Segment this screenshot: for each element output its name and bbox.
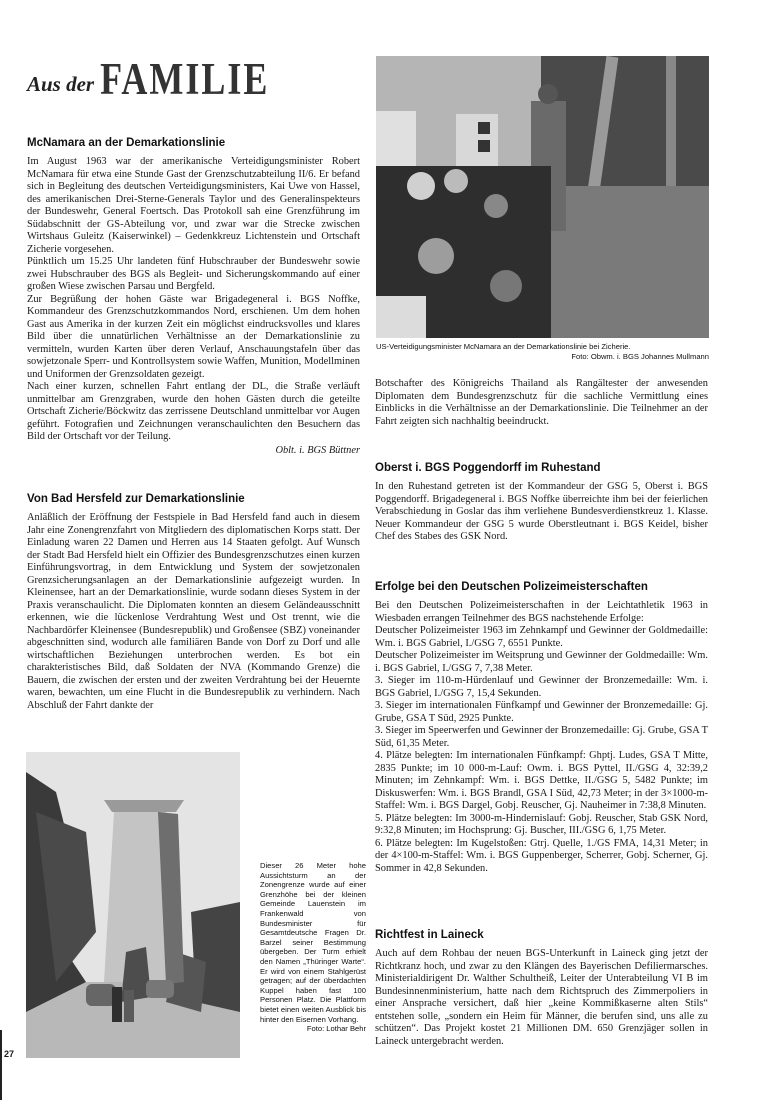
article-hersfeld-continuation: Botschafter des Königreichs Thailand als… xyxy=(375,378,708,428)
article-mcnamara: McNamara an der Demarkationslinie Im Aug… xyxy=(27,137,360,456)
article-paragraph: Zur Begrüßung der hohen Gäste war Brigad… xyxy=(27,294,360,382)
article-heading: Von Bad Hersfeld zur Demarkationslinie xyxy=(27,493,360,505)
article-paragraph: Anläßlich der Eröffnung der Festspiele i… xyxy=(27,512,360,712)
author-signature: Oblt. i. BGS Büttner xyxy=(27,445,360,456)
article-paragraph: Auch auf dem Rohbau der neuen BGS-Unterk… xyxy=(375,948,708,1048)
article-heading: McNamara an der Demarkationslinie xyxy=(27,137,360,149)
article-laineck: Richtfest in Laineck Auch auf dem Rohbau… xyxy=(375,929,708,1048)
photo-credit: Foto: Lothar Behr xyxy=(260,1024,366,1034)
article-paragraph: Im August 1963 war der amerikanische Ver… xyxy=(27,156,360,256)
article-paragraph: Bei den Deutschen Polizeimeisterschaften… xyxy=(375,600,708,625)
masthead: Aus der FAMILIE xyxy=(27,58,269,100)
page-edge-bar xyxy=(0,1030,2,1100)
masthead-prefix: Aus der xyxy=(27,72,94,97)
caption-text: Dieser 26 Meter hohe Aussichtsturm an de… xyxy=(260,861,366,1024)
tower-photo-image xyxy=(26,752,240,1058)
mcnamara-photo-caption: US-Verteidigungsminister McNamara an der… xyxy=(376,342,709,361)
masthead-title: FAMILIE xyxy=(100,53,269,106)
article-paragraph: 5. Plätze belegten: Im 3000-m-Hindernisl… xyxy=(375,813,708,838)
article-paragraph: 6. Plätze belegten: Im Kugelstoßen: Gtrj… xyxy=(375,838,708,876)
mcnamara-photo xyxy=(376,56,709,338)
article-paragraph: Nach einer kurzen, schnellen Fahrt entla… xyxy=(27,381,360,444)
article-paragraph: Botschafter des Königreichs Thailand als… xyxy=(375,378,708,428)
mcnamara-photo-image xyxy=(376,56,709,338)
article-poggendorff: Oberst i. BGS Poggendorff im Ruhestand I… xyxy=(375,462,708,544)
page-number: 27 xyxy=(4,1049,14,1059)
article-hersfeld: Von Bad Hersfeld zur Demarkationslinie A… xyxy=(27,493,360,712)
tower-photo xyxy=(26,752,240,1058)
article-paragraph: Deutscher Polizeimeister 1963 im Zehnkam… xyxy=(375,625,708,650)
article-heading: Richtfest in Laineck xyxy=(375,929,708,941)
photo-credit: Foto: Obwm. i. BGS Johannes Mullmann xyxy=(376,352,709,362)
magazine-page: Aus der FAMILIE McNamara an der Demarkat… xyxy=(0,0,780,1100)
article-paragraph: 3. Sieger im Speerwerfen und Gewinner de… xyxy=(375,725,708,750)
article-paragraph: 3. Sieger im internationalen Fünfkampf u… xyxy=(375,700,708,725)
tower-photo-caption: Dieser 26 Meter hohe Aussichtsturm an de… xyxy=(260,861,366,1034)
article-heading: Oberst i. BGS Poggendorff im Ruhestand xyxy=(375,462,708,474)
article-paragraph: Deutscher Polizeimeister im Weitsprung u… xyxy=(375,650,708,675)
article-paragraph: 3. Sieger im 110-m-Hürdenlauf und Gewinn… xyxy=(375,675,708,700)
article-paragraph: In den Ruhestand getreten ist der Komman… xyxy=(375,481,708,544)
article-paragraph: 4. Plätze belegten: Im internationalen F… xyxy=(375,750,708,813)
article-heading: Erfolge bei den Deutschen Polizeimeister… xyxy=(375,581,708,593)
caption-text: US-Verteidigungsminister McNamara an der… xyxy=(376,342,709,352)
article-paragraph: Pünktlich um 15.25 Uhr landeten fünf Hub… xyxy=(27,256,360,294)
article-polizeimeister: Erfolge bei den Deutschen Polizeimeister… xyxy=(375,581,708,875)
